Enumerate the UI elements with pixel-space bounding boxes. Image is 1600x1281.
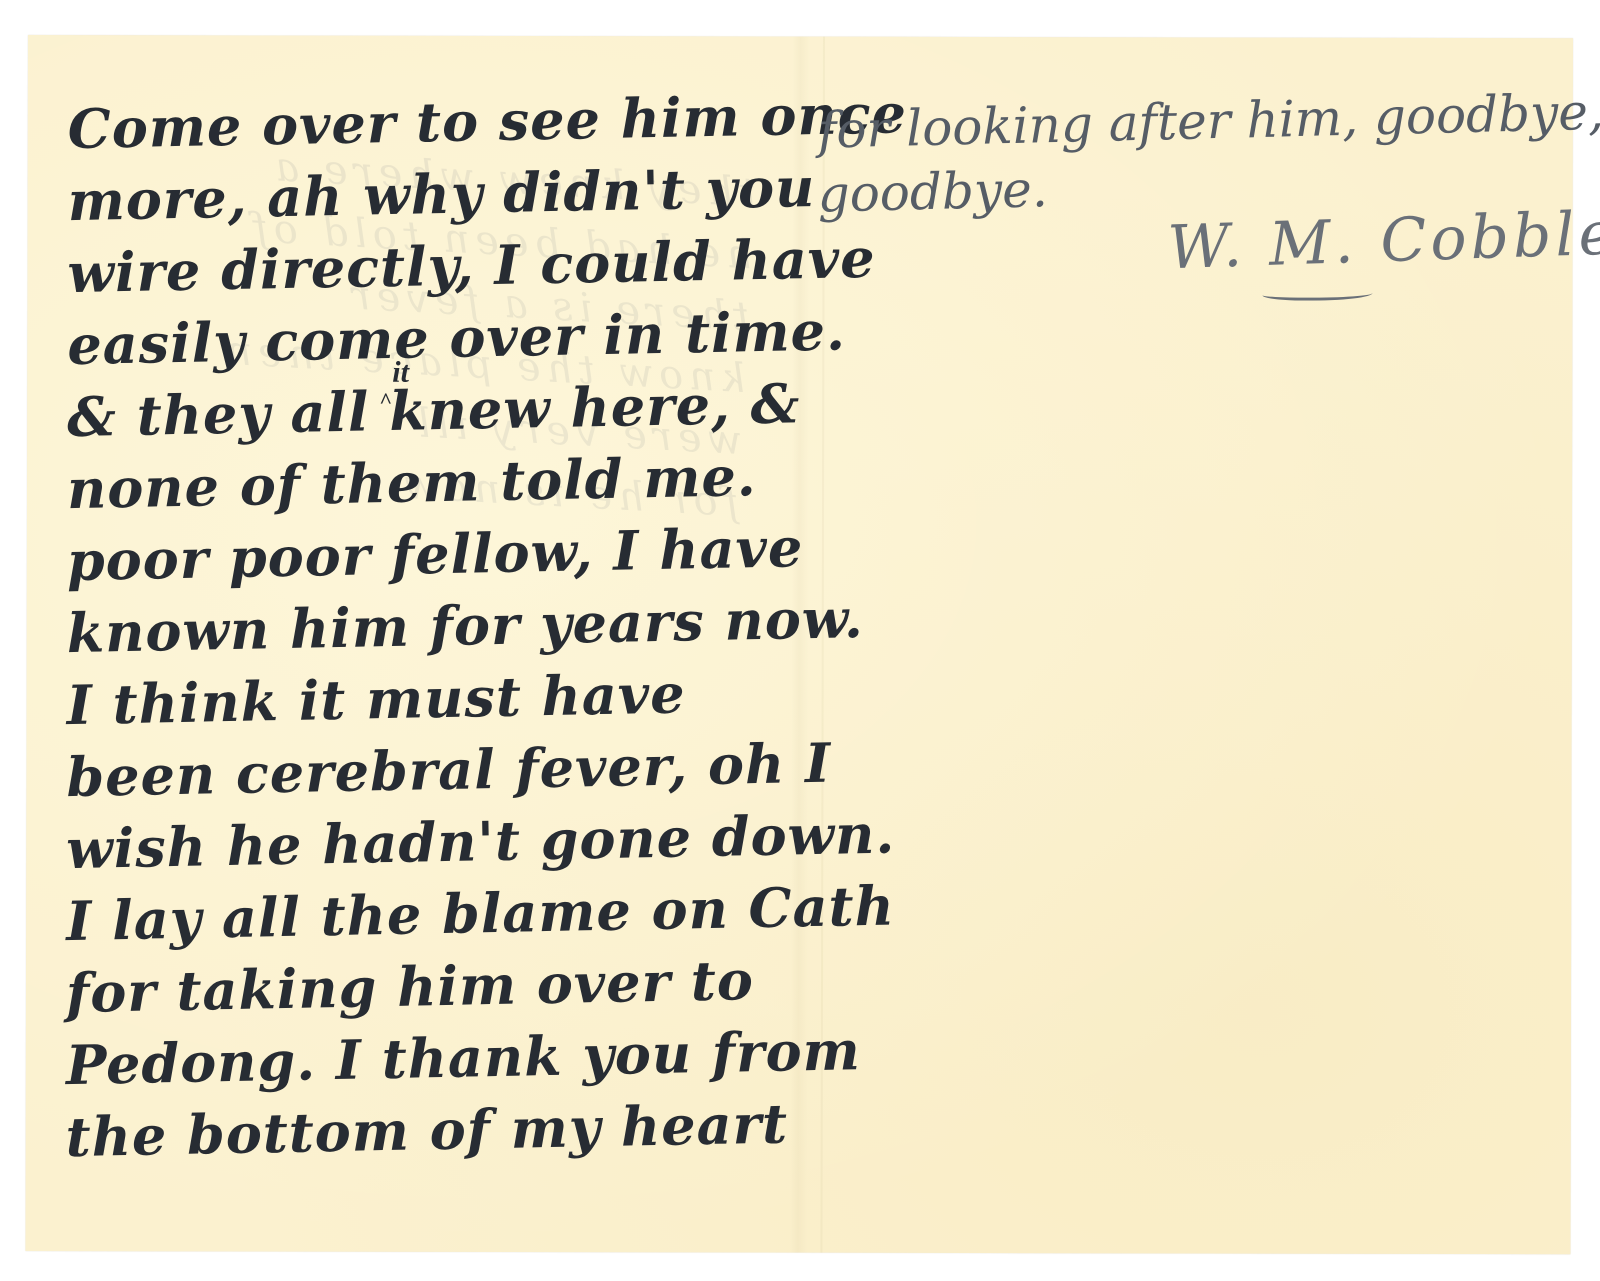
- scanned-letter: they knew where a he had been told of th…: [0, 0, 1600, 1281]
- letter-line: & they all knew here, &: [67, 367, 808, 453]
- letter-line: I think it must have: [66, 655, 807, 741]
- letter-paper: they knew where a he had been told of th…: [25, 35, 1573, 1254]
- insertion-caret-icon: ^: [379, 388, 392, 414]
- signature: W. M. Cobble: [1167, 198, 1600, 283]
- letter-line: Come over to see him once: [67, 79, 808, 165]
- letter-line: poor poor fellow, I have: [66, 511, 807, 597]
- letter-line: wish he hadn't gone down.: [66, 799, 807, 885]
- signature-underline-flourish: [1262, 288, 1372, 301]
- letter-line: none of them told me.: [66, 439, 807, 525]
- letter-line: more, ah why didn't you: [67, 151, 808, 237]
- letter-line: for taking him over to: [65, 943, 806, 1029]
- letter-line: known him for years now.: [66, 583, 807, 669]
- letter-line: easily come over in time.: [67, 295, 808, 381]
- letter-line: the bottom of my heart: [65, 1087, 806, 1173]
- letter-line: Pedong. I thank you from: [65, 1015, 806, 1101]
- letter-line: been cerebral fever, oh I: [66, 727, 807, 813]
- letter-line: wire directly, I could have: [67, 223, 808, 309]
- letter-line: I lay all the blame on Cath: [65, 871, 806, 957]
- left-page-text: Come over to see him once more, ah why d…: [66, 93, 808, 1175]
- inserted-word: it: [392, 356, 409, 390]
